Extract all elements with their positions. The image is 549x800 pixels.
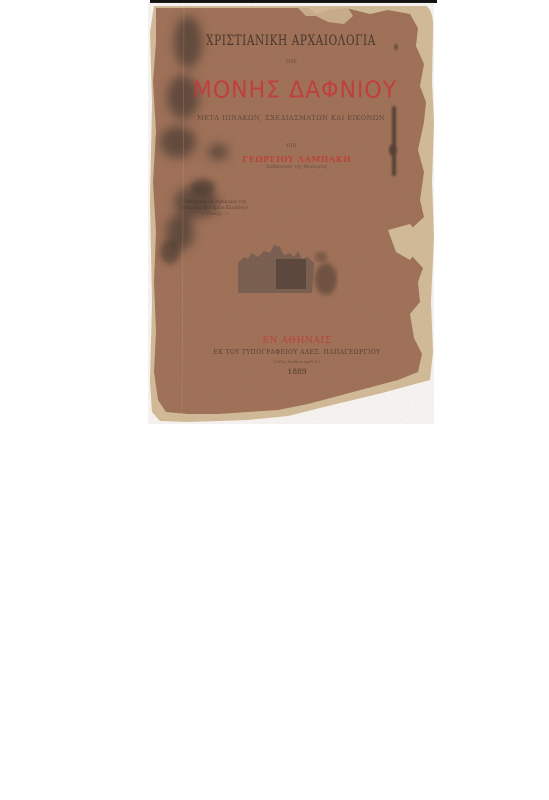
author-name: ΓΕΩΡΓΙΟΥ ΛΑΜΠΑΚΗ <box>154 154 440 164</box>
article-tis: ΤΗΣ <box>148 59 434 65</box>
title-main: ΜΟΝΗΣ ΔΑΦΝΙΟΥ <box>152 77 438 103</box>
title-top: ΧΡΙΣΤΙΑΝΙΚΗ ΑΡΧΑΙΟΛΟΓΙΑ <box>148 33 434 49</box>
article-ypo: ΥΠΟ <box>148 144 434 149</box>
subtitle: ΜΕΤΑ ΠΙΝΑΚΩΝ, ΣΧΕΔΙΑΣΜΑΤΩΝ ΚΑΙ ΕΙΚΟΝΩΝ <box>148 114 434 122</box>
monastery-vignette-image <box>236 243 338 303</box>
author-role: Διδάκτορος της Θεολογίας <box>154 165 440 170</box>
printer: ΕΚ ΤΟΥ ΤΥΠΟΓΡΑΦΕΙΟΥ ΑΛΕΞ. ΠΑΠΑΓΕΩΡΓΙΟΥ <box>154 349 440 356</box>
epigraph: «Μνημεία τα σεβάσμια της ιστορίας του ημ… <box>150 200 280 218</box>
publication-place: ΕΝ ΑΘΗΝΑΙΣ <box>154 336 440 346</box>
epigraph-line: — Ευαγγ. — <box>150 212 280 218</box>
printer-address: ( Οδός Σταδίου αριθ. 4 ) <box>154 359 440 364</box>
publication-year: 1889 <box>154 367 440 376</box>
